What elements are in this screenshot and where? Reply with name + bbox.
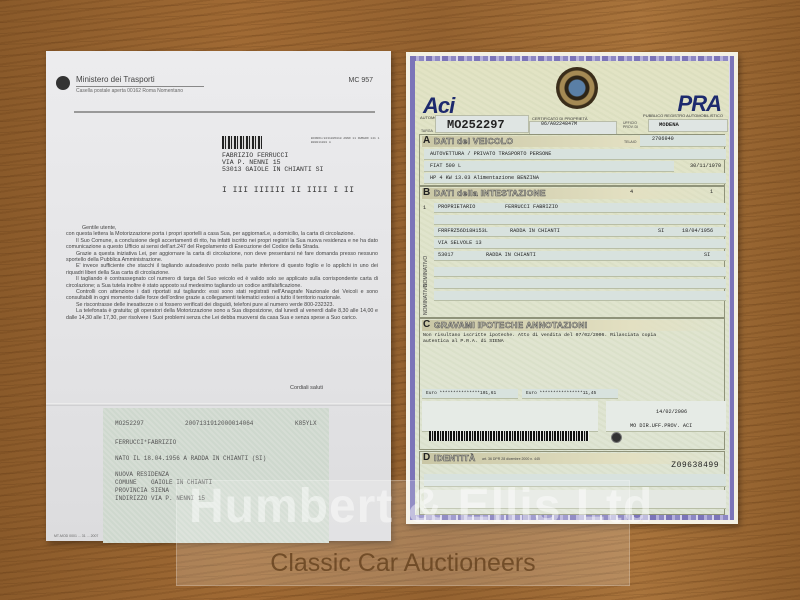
vehicle-type: AUTOVETTURA / PRIVATO TRASPORTO PERSONE	[430, 151, 551, 157]
recipient-city: 53013 GAIOLE IN CHIANTI SI	[222, 166, 323, 173]
section-d-letter: D	[423, 452, 430, 463]
plate-number: MO252297	[447, 118, 505, 132]
tear-line	[46, 403, 391, 406]
section-vehicle-data: A DATI del VEICOLO TELAIO 2706940 AUTOVE…	[419, 134, 725, 186]
ministry-address: Casella postale aperta 00162 Roma Noment…	[76, 86, 204, 94]
row-number: 1	[423, 205, 426, 211]
blank-field-3	[434, 279, 726, 289]
ufficio-label: UFFICIO PROV. DI	[623, 121, 645, 129]
sticker-plate: MO252297	[115, 420, 144, 427]
sticker-birth: NATO IL 18.04.1956 A RADDA IN CHIANTI (S…	[115, 455, 266, 462]
header-divider	[74, 111, 375, 113]
auctioneer-watermark: Humbert & Ellis Ltd Classic Car Auctione…	[176, 480, 630, 586]
annotation-line-1: Non risultano iscritte ipoteche. Atto di…	[423, 333, 656, 338]
sticker-new-residence: NUOVA RESIDENZA	[115, 471, 169, 478]
ufficio-value: MODENA	[659, 121, 679, 128]
section-d-title: IDENTITÀ	[434, 453, 476, 463]
vertical-label-2: NOMINATIVO	[423, 284, 429, 315]
sticker-code: 2007131912000014064	[185, 420, 253, 427]
certificate-serial: Z09638499	[671, 461, 719, 470]
plate-label: TARGA	[421, 129, 433, 133]
italian-republic-emblem-icon	[56, 76, 70, 90]
owner-city: RADDA IN CHIANTI	[486, 252, 536, 258]
vertical-label: NOMINATIVO	[423, 256, 429, 287]
owner-province: SI	[704, 252, 710, 258]
certificate-of-ownership: Aci AUTOMOBILE CLUB D'ITALIA PRA PUBBLIC…	[406, 52, 738, 524]
blank-field-4	[434, 291, 726, 301]
postal-barcode: I III IIIIII II IIII I II	[222, 186, 355, 195]
owner-row-field	[434, 203, 726, 213]
mail-meta: BCDNO1/2231005010 ANNO 11 NUMERO 141 1 B…	[311, 137, 381, 145]
certificate-barcode-icon	[429, 431, 589, 441]
hologram-dot-icon	[611, 432, 622, 443]
section-a-letter: A	[423, 135, 430, 146]
ministry-name: Ministero dei Trasporti	[76, 75, 155, 84]
paragraph: con questa lettera la Motorizzazione por…	[66, 231, 378, 237]
section-c-title: GRAVAMI IPOTECHE ANNOTAZIONI	[434, 320, 588, 330]
owner-address: VIA SELVOLE 13	[438, 240, 482, 246]
section-b-letter: B	[423, 187, 430, 198]
paragraph: Il Suo Comune, a conclusione degli accer…	[66, 238, 378, 251]
vehicle-power: HP 4 KW 13.03 Alimentazione BENZINA	[430, 175, 539, 181]
certificate-body: Aci AUTOMOBILE CLUB D'ITALIA PRA PUBBLIC…	[415, 61, 729, 515]
paragraph: Controlli con attenzione i dati riportat…	[66, 289, 378, 302]
sticker-name: FERRUCCI*FABRIZIO	[115, 439, 176, 446]
issuing-office: MO DIR.UFF.PROV. ACI	[630, 423, 692, 429]
euro-amount-2: Euro ****************11,45	[526, 391, 596, 396]
telaio-value: 2706940	[652, 136, 674, 142]
owner-cap: 53017	[438, 252, 454, 258]
birth-date: 18/04/1956	[682, 228, 713, 234]
issue-date: 14/02/2006	[656, 409, 687, 415]
certificate-number: 06/A0224847M	[541, 121, 577, 127]
registration-date: 30/11/1970	[690, 163, 721, 169]
annotation-line-2: autentica al P.R.A. di SIENA	[423, 339, 504, 344]
vehicle-model: FIAT 500 L	[430, 163, 461, 169]
form-code: MC 957	[348, 77, 373, 84]
watermark-tagline: Classic Car Auctioneers	[177, 549, 629, 578]
sticker-provincia: PROVINCIA SIENA	[115, 487, 169, 494]
ministry-letter: Ministero dei Trasporti Casella postale …	[46, 51, 391, 541]
city-field	[434, 251, 726, 261]
recipient-name: FABRIZIO FERRUCCI	[222, 152, 323, 159]
letter-body: Gentile utente, con questa lettera la Mo…	[66, 225, 378, 321]
paragraph: E' invece sufficiente che stacchi il tag…	[66, 263, 378, 276]
copy-count: 1	[710, 189, 713, 195]
section-d-subtitle: art. 36 DPR 28 dicembre 2000 n. 445	[482, 457, 540, 461]
watermark-company: Humbert & Ellis Ltd	[189, 479, 653, 534]
signoff: Cordiali saluti	[290, 385, 323, 391]
blank-field-2	[434, 267, 726, 277]
recipient-street: VIA P. NENNI 15	[222, 159, 323, 166]
owners-count: 4	[630, 189, 633, 195]
paragraph: Grazie a questa iniziativa Lei, per aggi…	[66, 251, 378, 264]
barcode-field	[422, 401, 598, 432]
owner-name: FERRUCCI FABRIZIO	[505, 204, 558, 210]
telaio-label: TELAIO	[624, 140, 636, 144]
footer-note: MT-MOD 0001 ... 31 ... 2007	[54, 534, 98, 538]
euro-amount-1: Euro ***************101,61	[426, 391, 496, 396]
datamatrix-code-icon	[222, 136, 262, 149]
birth-province: SI	[658, 228, 664, 234]
blank-field	[434, 215, 726, 225]
paragraph: Il tagliando è contrassegnato col numero…	[66, 276, 378, 289]
sticker-check: K85YLX	[295, 420, 317, 427]
section-b-title: DATI della INTESTAZIONE	[434, 188, 546, 198]
recipient-address: FABRIZIO FERRUCCI VIA P. NENNI 15 53013 …	[222, 152, 323, 173]
vehicle-model-field	[424, 161, 674, 172]
paragraph: La telefonata è gratuita; gli operatori …	[66, 308, 378, 321]
birth-place: RADDA IN CHIANTI	[510, 228, 560, 234]
section-a-title: DATI del VEICOLO	[434, 136, 513, 146]
tax-code: FRRFRZ56D18H153L	[438, 228, 488, 234]
hologram-seal-icon	[556, 67, 598, 109]
owner-role: PROPRIETARIO	[438, 204, 475, 210]
section-registration-data: B DATI della INTESTAZIONE 4 1 1 NOMINATI…	[419, 186, 725, 318]
section-c-letter: C	[423, 319, 430, 330]
